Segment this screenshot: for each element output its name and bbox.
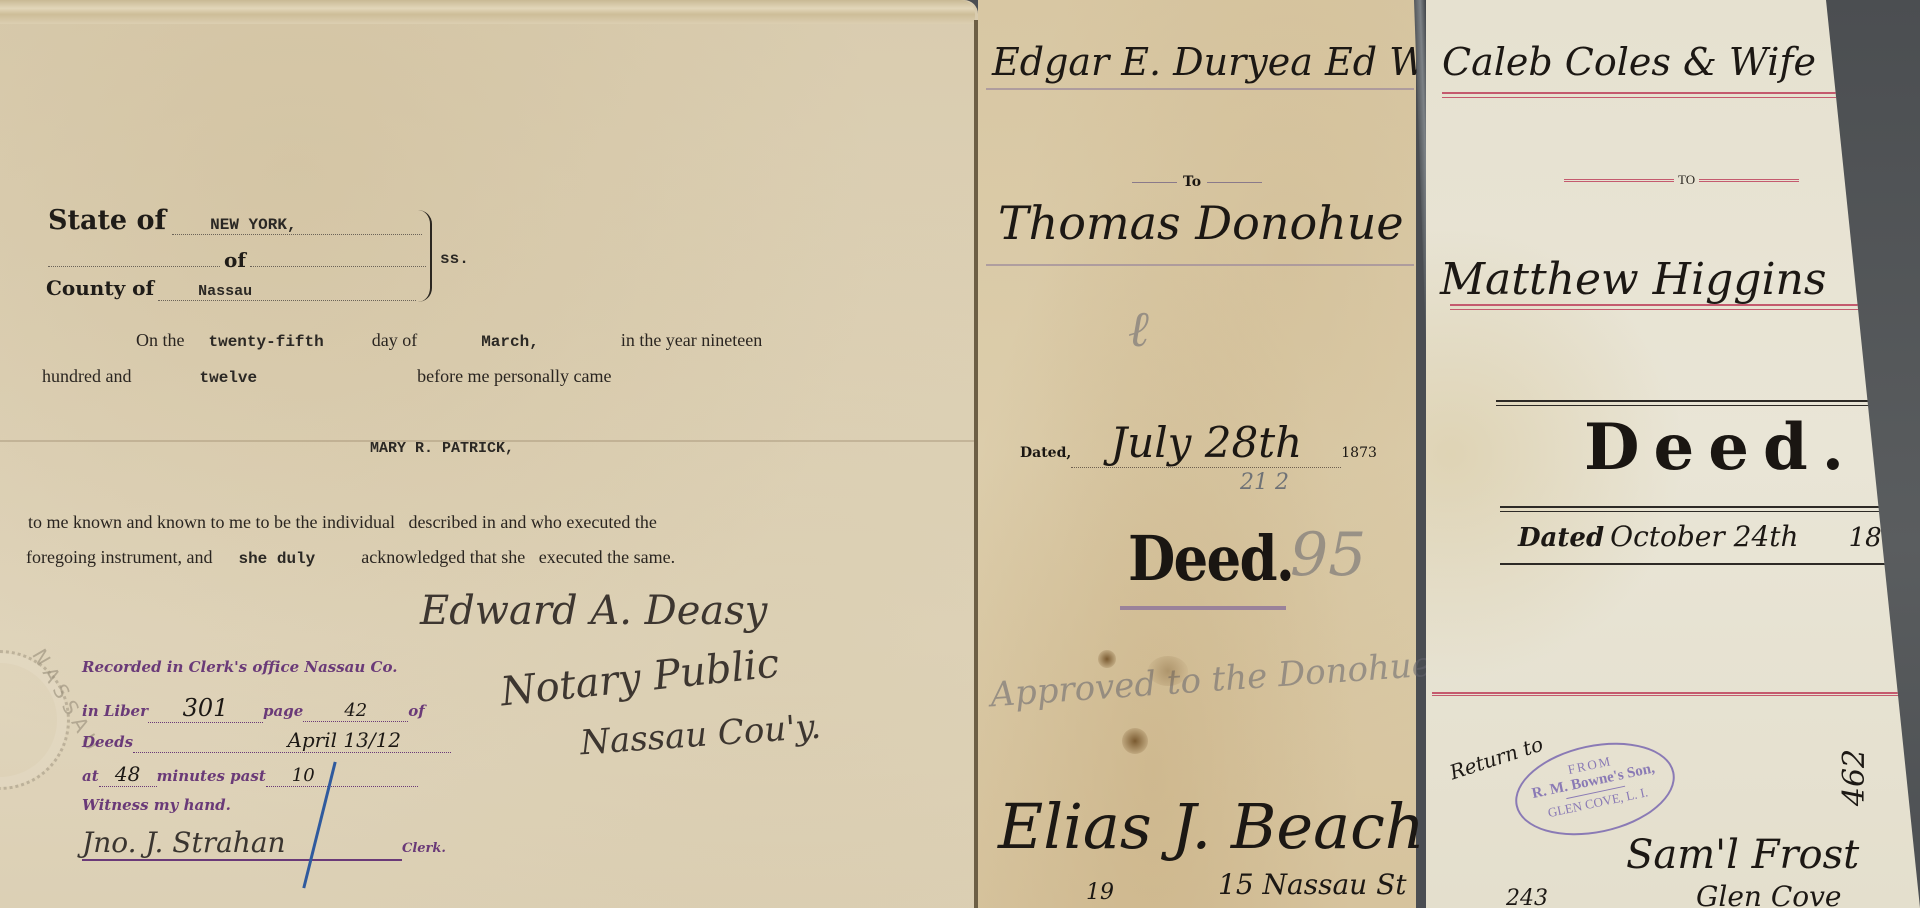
body-line-1: On the twenty-fifth day of March, in the…	[136, 330, 762, 351]
dated-line: Dated October 24th 1864	[1518, 520, 1915, 553]
red-rule	[1442, 92, 1886, 98]
duryea-deed-document: Edgar E. Duryea Ed Wife To Thomas Donohu…	[978, 0, 1416, 908]
stain	[1098, 650, 1116, 668]
record-of-label: of	[408, 702, 424, 720]
brace	[418, 210, 432, 302]
text-hundred-and: hundred and	[42, 366, 131, 387]
title-underline	[1120, 606, 1286, 610]
of-line: of	[48, 248, 426, 272]
person-name: MARY R. PATRICK,	[370, 440, 514, 457]
county-line: County of Nassau	[46, 276, 416, 301]
deed-title: Deed.	[1584, 410, 1858, 485]
to-label: To	[1183, 174, 1201, 190]
stain	[1148, 656, 1188, 686]
red-rule	[1450, 304, 1896, 310]
ss-label: ss.	[440, 250, 469, 268]
grantee-name: Thomas Donohue	[998, 196, 1404, 250]
dated-year: 1873	[1341, 445, 1377, 461]
clerk-label: Clerk.	[402, 841, 446, 856]
dated-label: Dated,	[1020, 445, 1071, 461]
year-value: twelve	[199, 369, 257, 387]
signature: Sam'l Frost	[1626, 832, 1859, 878]
minutes-value: 48	[115, 762, 140, 786]
text-year-nineteen: in the year nineteen	[621, 330, 762, 351]
text-on-the: On the	[136, 330, 185, 351]
deeds-label: Deeds	[82, 733, 133, 751]
record-line-1: Recorded in Clerk's office Nassau Co.	[82, 658, 397, 676]
pencil-scribble: ℓ	[1128, 300, 1149, 358]
side-number: 462	[1837, 749, 1872, 806]
pencil-number: 95	[1290, 520, 1366, 590]
day-value: twenty-fifth	[209, 333, 324, 351]
deeds-date: April 13/12	[287, 728, 401, 752]
grantor-name: Caleb Coles & Wife	[1442, 40, 1816, 84]
black-rule	[1500, 506, 1920, 512]
state-line: State of NEW YORK,	[48, 205, 422, 236]
text-day-of: day of	[372, 330, 417, 351]
red-rule	[1432, 692, 1920, 696]
paper-top-edge	[0, 0, 975, 24]
ruled-line	[986, 88, 1414, 90]
record-line-clerk: Jno. J. Strahan Clerk.	[82, 826, 446, 861]
state-label: State of	[48, 205, 166, 236]
county-label: County of	[46, 276, 154, 300]
pencil-approved-note: Approved to the Donohue	[989, 645, 1433, 716]
page-value: 42	[344, 700, 367, 721]
text-foregoing: foregoing instrument, and	[26, 547, 212, 568]
page-label: page	[263, 702, 303, 720]
stain	[1122, 728, 1148, 754]
text-acknowledged: acknowledged that she executed the same.	[361, 547, 675, 568]
notary-title: Notary Public	[498, 641, 781, 716]
to-line: TO	[1564, 172, 1799, 188]
dated-line: Dated, July 28th 1873	[1020, 418, 1377, 468]
record-line-liber: in Liber 301 page 42 of	[82, 694, 425, 723]
black-rule	[1496, 400, 1916, 406]
corner-number: 19	[1086, 880, 1114, 905]
notary-signature: Edward A. Deasy	[420, 588, 767, 634]
minutes-label: minutes past	[157, 767, 266, 785]
deed-title: Deed.	[1128, 522, 1293, 595]
of-label: of	[224, 248, 246, 272]
text-known: to me known and known to me to be the in…	[28, 512, 657, 533]
body-line-2: hundred and twelve before me personally …	[42, 366, 612, 387]
text-personally-came: before me personally came	[417, 366, 611, 387]
bottom-number: 243	[1506, 886, 1548, 908]
pronoun-value: she duly	[238, 550, 315, 568]
rule-line	[1500, 563, 1920, 565]
record-line-deeds: Deeds April 13/12	[82, 728, 451, 753]
to-label: TO	[1678, 172, 1695, 188]
county-value: Nassau	[198, 283, 252, 300]
state-value: NEW YORK,	[210, 216, 296, 234]
pencil-note: 21 2	[1240, 470, 1289, 495]
dated-value: July 28th	[1110, 418, 1302, 467]
signature: Elias J. Beach	[998, 790, 1425, 863]
at-label: at	[82, 767, 99, 785]
to-line: To	[1132, 174, 1262, 190]
record-line-minutes: at 48 minutes past 10	[82, 762, 418, 787]
hour-value: 10	[292, 765, 315, 786]
dated-label: Dated	[1518, 523, 1604, 553]
month-value: March,	[481, 333, 539, 351]
liber-value: 301	[183, 694, 229, 722]
body-line-3: to me known and known to me to be the in…	[28, 512, 657, 533]
record-heading: Recorded in Clerk's office Nassau Co.	[82, 658, 397, 676]
body-line-4: foregoing instrument, and she duly ackno…	[26, 547, 675, 568]
liber-label: in Liber	[82, 702, 148, 720]
clerk-signature: Jno. J. Strahan	[82, 826, 286, 859]
ruled-line	[986, 264, 1414, 266]
notary-county: Nassau Cou'y.	[579, 707, 822, 764]
grantor-name: Edgar E. Duryea Ed Wife	[992, 40, 1476, 84]
acknowledgment-document: State of NEW YORK, of County of Nassau s…	[0, 0, 978, 908]
address: 15 Nassau St	[1218, 868, 1407, 901]
witness-label: Witness my hand.	[82, 796, 231, 814]
grantee-name: Matthew Higgins	[1440, 254, 1826, 305]
record-line-witness: Witness my hand.	[82, 796, 231, 814]
signature-place: Glen Cove	[1696, 880, 1842, 908]
dated-value: October 24th	[1610, 520, 1798, 553]
person-line: MARY R. PATRICK,	[370, 440, 514, 457]
